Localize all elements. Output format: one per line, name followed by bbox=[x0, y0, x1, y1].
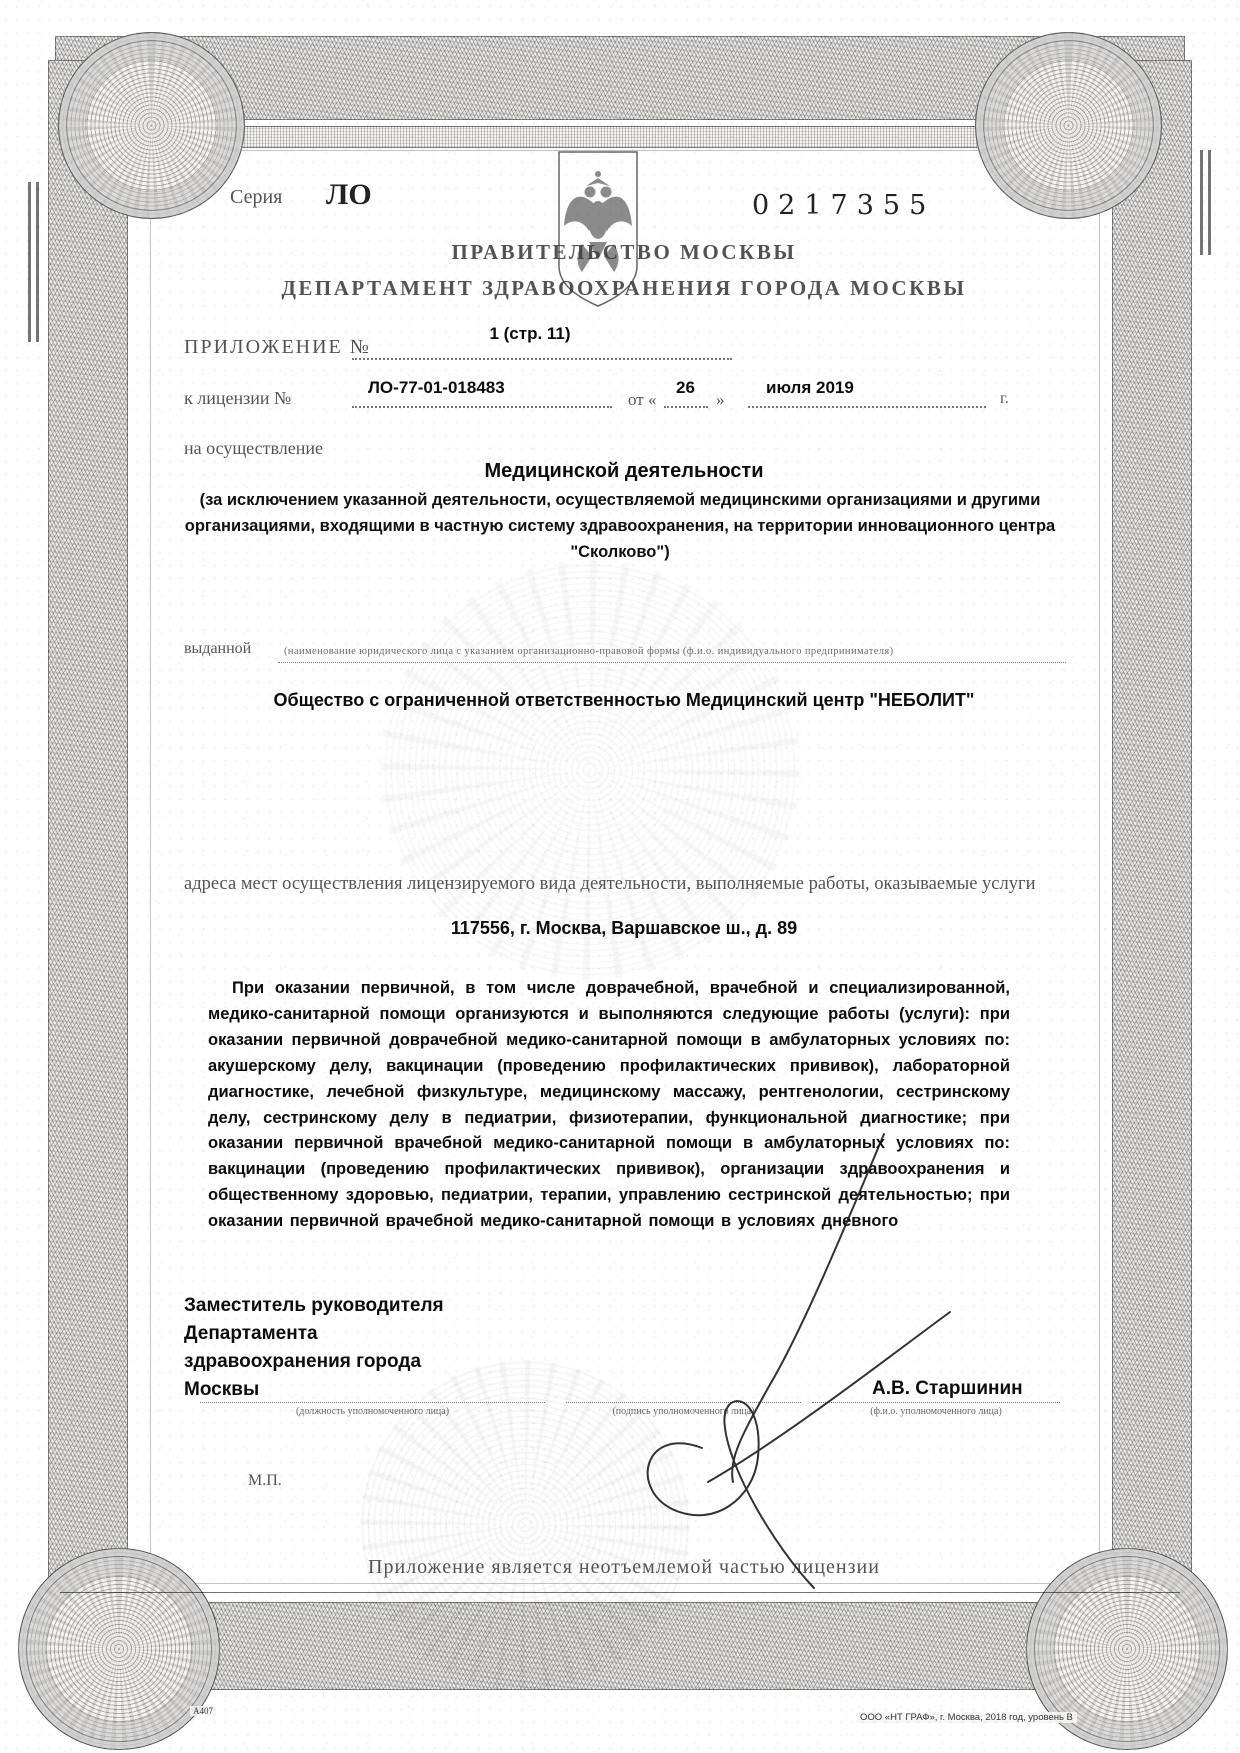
date-year-suffix: г. bbox=[1000, 390, 1009, 408]
signature bbox=[552, 1126, 982, 1596]
registration-mark bbox=[1200, 150, 1203, 255]
address-value: 117556, г. Москва, Варшавское ш., д. 89 bbox=[150, 918, 1098, 939]
stamp-place-label: М.П. bbox=[248, 1472, 282, 1490]
signature-line-position bbox=[200, 1380, 545, 1403]
license-number-label: к лицензии № bbox=[184, 388, 291, 409]
license-document: Серия ЛО 0217355 ПРАВИТЕЛЬСТВО МОСКВЫ ДЕ… bbox=[0, 0, 1240, 1753]
activity-label: на осуществление bbox=[184, 438, 323, 459]
date-day-fill-line bbox=[664, 384, 708, 408]
appendix-fill-line bbox=[352, 336, 732, 360]
series-label: Серия bbox=[230, 186, 282, 209]
border-left-band bbox=[48, 60, 128, 1635]
date-from-label: от « bbox=[628, 390, 656, 410]
print-code-right: ООО «НТ ГРАФ», г. Москва, 2018 год, уров… bbox=[856, 1712, 1077, 1723]
government-title: ПРАВИТЕЛЬСТВО МОСКВЫ bbox=[150, 240, 1098, 265]
department-title: ДЕПАРТАМЕНТ ЗДРАВООХРАНЕНИЯ ГОРОДА МОСКВ… bbox=[150, 276, 1098, 301]
series-value: ЛО bbox=[326, 178, 372, 212]
issued-fill-line bbox=[278, 640, 1066, 663]
print-code-left: А407 bbox=[190, 1706, 216, 1716]
registration-mark bbox=[1208, 150, 1211, 255]
license-fill-line bbox=[352, 384, 612, 408]
date-month-fill-line bbox=[748, 384, 986, 408]
registration-mark bbox=[36, 182, 39, 342]
activity-exception-note: (за исключением указанной деятельности, … bbox=[160, 487, 1080, 565]
border-corner-rosette-top-right bbox=[975, 32, 1162, 219]
signature-label-position: (должность уполномоченного лица) bbox=[200, 1406, 545, 1417]
document-number: 0217355 bbox=[752, 190, 935, 221]
guilloche-watermark bbox=[380, 560, 800, 980]
appendix-label: ПРИЛОЖЕНИЕ № bbox=[184, 336, 371, 359]
issued-to-label: выданной bbox=[184, 640, 251, 658]
date-close-quote: » bbox=[716, 390, 725, 410]
organization-name: Общество с ограниченной ответственностью… bbox=[150, 690, 1098, 711]
border-right-band bbox=[1112, 60, 1192, 1635]
border-corner-rosette-top-left bbox=[58, 32, 245, 219]
registration-mark bbox=[28, 182, 31, 342]
activity-title: Медицинской деятельности bbox=[150, 460, 1098, 483]
address-label: адреса мест осуществления лицензируемого… bbox=[184, 870, 1054, 898]
